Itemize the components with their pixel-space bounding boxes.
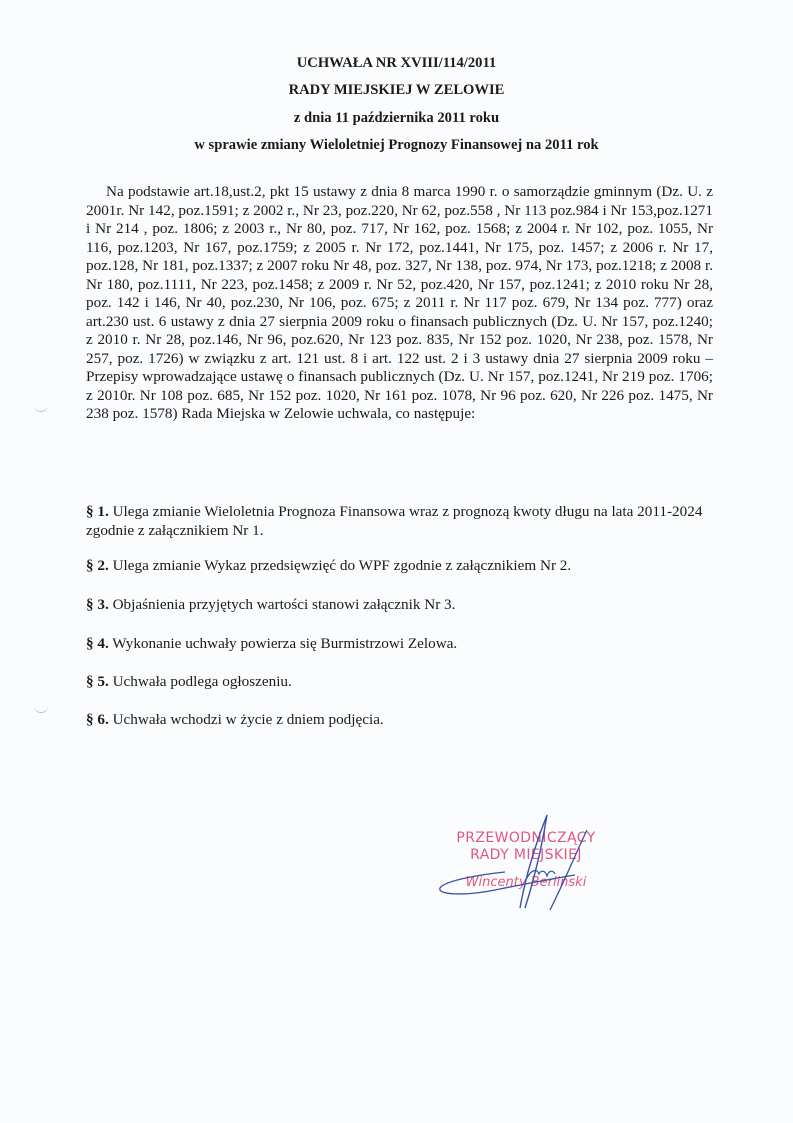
paragraph-text: Uchwała podlega ogłoszeniu. bbox=[109, 673, 292, 690]
paragraph-number: § 5. bbox=[86, 673, 109, 690]
council-name: RADY MIEJSKIEJ W ZELOWIE bbox=[0, 82, 793, 99]
paragraph-6: § 6. Uchwała wchodzi w życie z dniem pod… bbox=[86, 711, 726, 730]
handwritten-signature bbox=[425, 800, 625, 910]
paragraph-number: § 3. bbox=[86, 596, 109, 613]
paragraph-5: § 5. Uchwała podlega ogłoszeniu. bbox=[86, 673, 726, 692]
paragraph-text: Objaśnienia przyjętych wartości stanowi … bbox=[109, 596, 456, 613]
paragraph-3: § 3. Objaśnienia przyjętych wartości sta… bbox=[86, 596, 726, 615]
paragraph-text: Uchwała wchodzi w życie z dniem podjęcia… bbox=[109, 711, 384, 728]
paragraph-number: § 6. bbox=[86, 711, 109, 728]
resolution-date: z dnia 11 października 2011 roku bbox=[0, 110, 793, 127]
paragraph-4: § 4. Wykonanie uchwały powierza się Burm… bbox=[86, 635, 726, 654]
document-page: UCHWAŁA NR XVIII/114/2011 RADY MIEJSKIEJ… bbox=[0, 0, 793, 1123]
paragraph-text: Ulega zmianie Wykaz przedsięwzięć do WPF… bbox=[109, 557, 571, 574]
paragraph-number: § 4. bbox=[86, 635, 109, 652]
punch-hole-mark bbox=[34, 703, 48, 713]
paragraph-number: § 2. bbox=[86, 557, 109, 574]
punch-hole-mark bbox=[34, 402, 48, 412]
paragraph-2: § 2. Ulega zmianie Wykaz przedsięwzięć d… bbox=[86, 557, 726, 576]
resolution-number: UCHWAŁA NR XVIII/114/2011 bbox=[0, 55, 793, 72]
resolution-subject: w sprawie zmiany Wieloletniej Prognozy F… bbox=[0, 137, 793, 154]
paragraph-text: Wykonanie uchwały powierza się Burmistrz… bbox=[109, 635, 457, 652]
paragraph-1: § 1. Ulega zmianie Wieloletnia Prognoza … bbox=[86, 503, 726, 540]
paragraph-number: § 1. bbox=[86, 503, 109, 520]
legal-basis-preamble: Na podstawie art.18,ust.2, pkt 15 ustawy… bbox=[86, 183, 713, 424]
paragraph-text: Ulega zmianie Wieloletnia Prognoza Finan… bbox=[86, 503, 702, 539]
